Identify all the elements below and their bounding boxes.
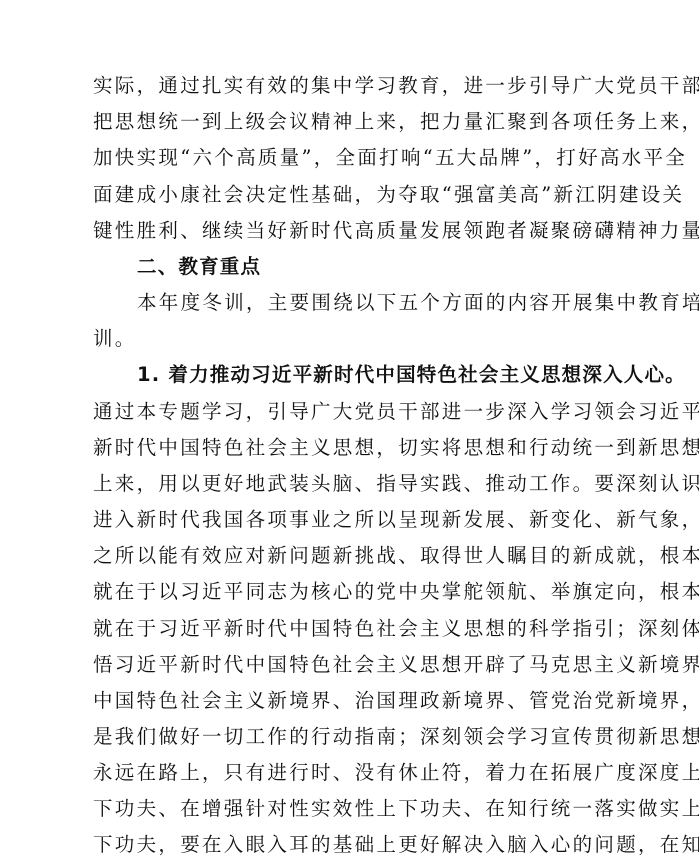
body-text-line: 悟习近平新时代中国特色社会主义思想开辟了马克思主义新境界、 xyxy=(93,653,625,677)
body-text-line: 加快实现“六个高质量”，全面打响“五大品牌”，打好高水平全 xyxy=(93,146,625,170)
body-text-line: 下功夫、在增强针对性实效性上下功夫、在知行统一落实做实上 xyxy=(93,797,625,821)
body-text-line: 本年度冬训，主要围绕以下五个方面的内容开展集中教育培 xyxy=(137,291,625,315)
body-text-line: 进入新时代我国各项事业之所以呈现新发展、新变化、新气象， xyxy=(93,508,625,532)
body-text-line: 面建成小康社会决定性基础，为夺取“强富美高”新江阴建设关 xyxy=(93,183,625,207)
body-text-line: 实际，通过扎实有效的集中学习教育，进一步引导广大党员干部 xyxy=(93,74,625,98)
subsection-heading: 1. 着力推动习近平新时代中国特色社会主义思想深入人心。 xyxy=(137,363,625,387)
body-text-line: 是我们做好一切工作的行动指南；深刻领会学习宣传贯彻新思想 xyxy=(93,725,625,749)
body-text-line: 之所以能有效应对新问题新挑战、取得世人瞩目的新成就，根本 xyxy=(93,544,625,568)
body-text-line: 永远在路上，只有进行时、没有休止符，着力在拓展广度深度上 xyxy=(93,761,625,785)
body-text-line: 上来，用以更好地武装头脑、指导实践、推动工作。要深刻认识 xyxy=(93,472,625,496)
body-text-line: 就在于以习近平同志为核心的党中央掌舵领航、举旗定向，根本 xyxy=(93,580,625,604)
body-text-line: 下功夫，要在入眼入耳的基础上更好解决入脑入心的问题，在知 xyxy=(93,833,625,857)
body-text-line: 新时代中国特色社会主义思想，切实将思想和行动统一到新思想 xyxy=(93,436,625,460)
body-text-line: 训。 xyxy=(93,327,625,351)
body-text-line: 就在于习近平新时代中国特色社会主义思想的科学指引；深刻体 xyxy=(93,617,625,641)
body-text-line: 中国特色社会主义新境界、治国理政新境界、管党治党新境界， xyxy=(93,689,625,713)
section-heading: 二、教育重点 xyxy=(137,255,625,279)
body-text-line: 把思想统一到上级会议精神上来，把力量汇聚到各项任务上来， xyxy=(93,110,625,134)
body-text-line: 通过本专题学习，引导广大党员干部进一步深入学习领会习近平 xyxy=(93,400,625,424)
document-page: 实际，通过扎实有效的集中学习教育，进一步引导广大党员干部 把思想统一到上级会议精… xyxy=(0,0,699,861)
body-text-line: 键性胜利、继续当好新时代高质量发展领跑者凝聚磅礴精神力量。 xyxy=(93,219,625,243)
